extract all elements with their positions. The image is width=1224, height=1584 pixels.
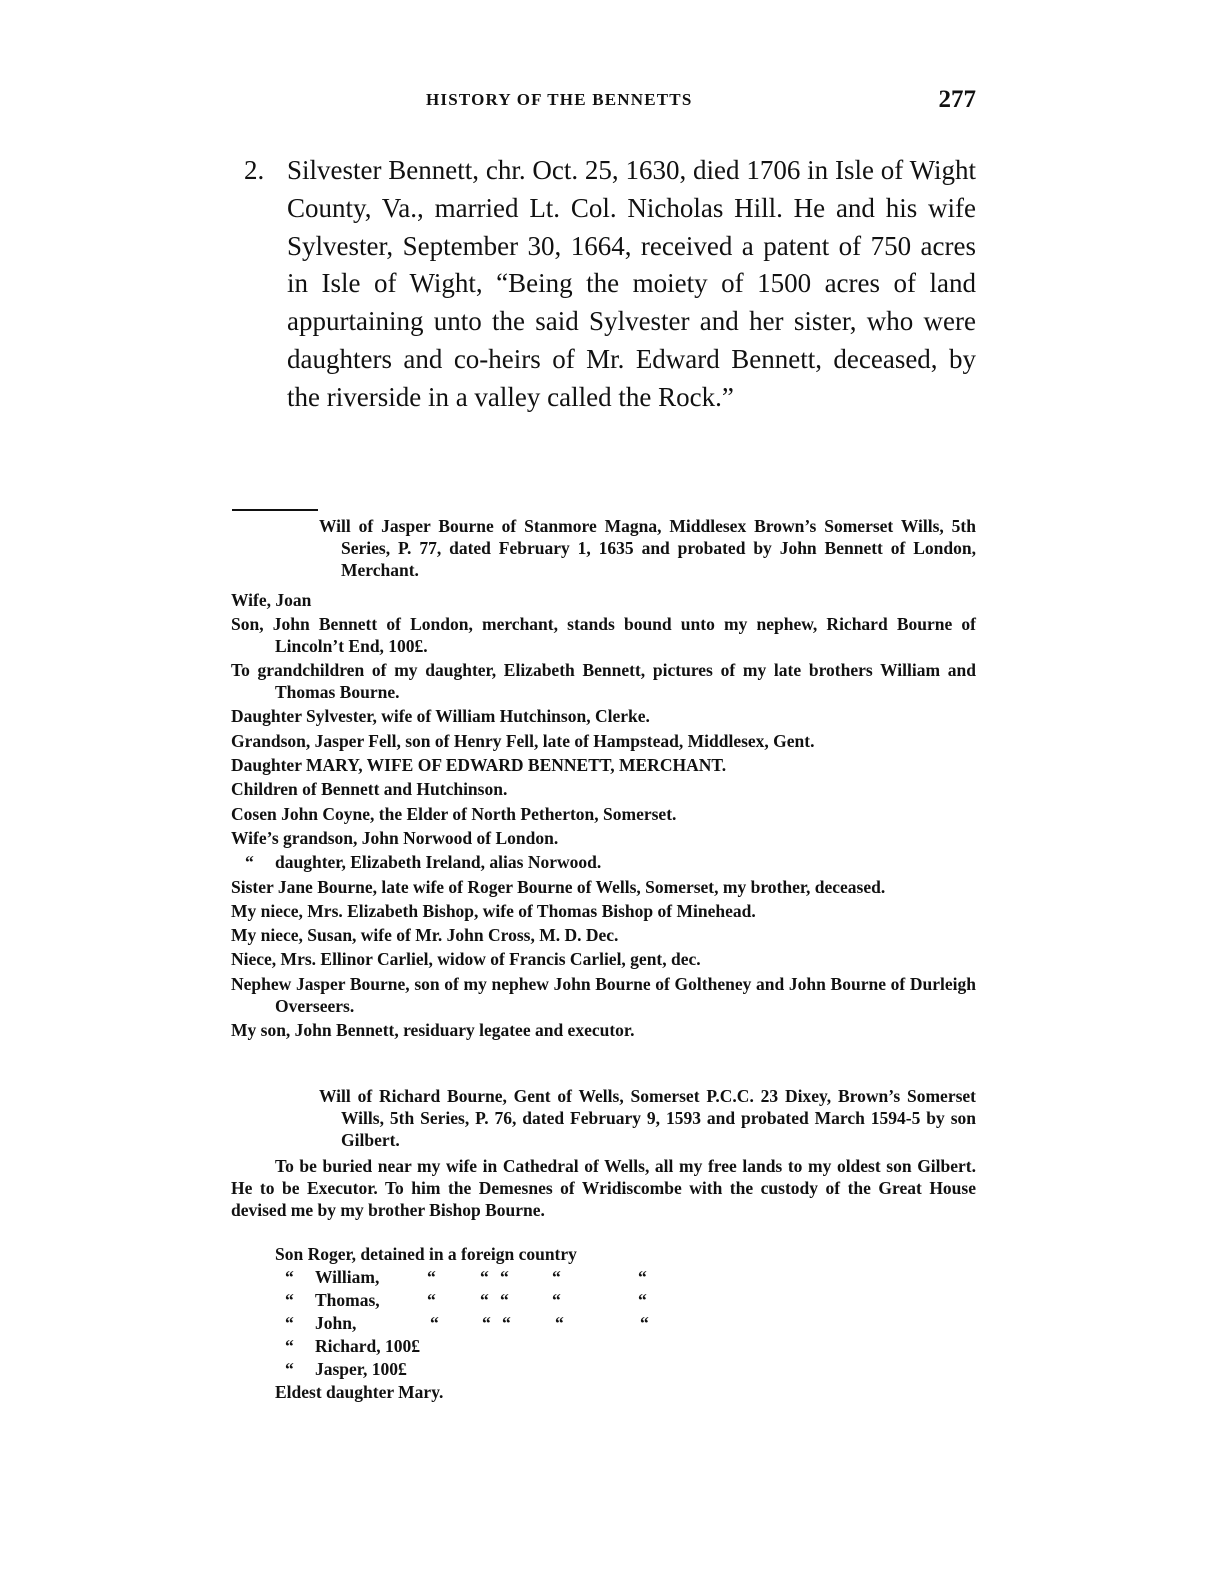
will-richard-source: Will of Richard Bourne, Gent of Wells, S…	[231, 1086, 976, 1151]
ditto-mark: “	[427, 1267, 436, 1289]
eldest-daughter-text: Eldest daughter Mary.	[275, 1382, 443, 1404]
document-page: HISTORY OF THE BENNETTS 277 2. Silvester…	[0, 0, 1224, 1584]
ditto-mark: “	[502, 1313, 511, 1335]
paragraph-number: 2.	[244, 152, 264, 190]
source-citation: Will of Jasper Bourne of Stanmore Magna,…	[231, 516, 976, 581]
running-header: HISTORY OF THE BENNETTS 277	[231, 88, 976, 118]
will-entry: My niece, Mrs. Elizabeth Bishop, wife of…	[231, 901, 976, 923]
ditto-mark: “	[480, 1267, 489, 1289]
will-jasper-entries: Wife, Joan Son, John Bennett of London, …	[231, 590, 976, 1044]
will-entry-ditto: “daughter, Elizabeth Ireland, alias Norw…	[231, 852, 976, 874]
ditto-mark: “	[430, 1313, 439, 1335]
sons-row-last: Eldest daughter Mary.	[275, 1382, 775, 1405]
ditto-mark: “	[500, 1290, 509, 1312]
ditto-mark: “	[285, 1336, 294, 1358]
son-name: John,	[315, 1313, 356, 1335]
will-entry: Nephew Jasper Bourne, son of my nephew J…	[231, 974, 976, 1018]
ditto-mark: “	[552, 1290, 561, 1312]
ditto-mark: “	[555, 1313, 564, 1335]
ditto-mark: “	[480, 1290, 489, 1312]
sons-list: Son Roger, detained in a foreign country…	[275, 1244, 775, 1405]
page-number: 277	[939, 86, 977, 114]
sons-row-first: Son Roger, detained in a foreign country	[275, 1244, 775, 1267]
ditto-mark: “	[285, 1359, 294, 1381]
son-bequest: Jasper, 100£	[315, 1359, 407, 1381]
sons-row: “ Thomas, “ “ “ “ “	[275, 1290, 775, 1313]
sons-row: “ John, “ “ “ “ “	[275, 1313, 775, 1336]
will-entry: My son, John Bennett, residuary legatee …	[231, 1020, 976, 1042]
will-entry: My niece, Susan, wife of Mr. John Cross,…	[231, 925, 976, 947]
ditto-mark: “	[285, 1290, 294, 1312]
source-citation: Will of Richard Bourne, Gent of Wells, S…	[231, 1086, 976, 1151]
will-entry-text: daughter, Elizabeth Ireland, alias Norwo…	[275, 852, 601, 872]
footnote-rule	[232, 509, 318, 511]
ditto-mark: “	[638, 1290, 647, 1312]
ditto-mark: “	[640, 1313, 649, 1335]
son-name: William,	[315, 1267, 379, 1289]
running-title: HISTORY OF THE BENNETTS	[426, 90, 693, 110]
ditto-mark: “	[638, 1267, 647, 1289]
son-bequest: Richard, 100£	[315, 1336, 420, 1358]
son-roger-text: Son Roger, detained in a foreign country	[275, 1244, 577, 1266]
prose-text: To be buried near my wife in Cathedral o…	[231, 1156, 976, 1221]
ditto-mark: “	[285, 1267, 294, 1289]
will-entry: Sister Jane Bourne, late wife of Roger B…	[231, 877, 976, 899]
will-entry: Niece, Mrs. Ellinor Carliel, widow of Fr…	[231, 949, 976, 971]
ditto-mark: “	[500, 1267, 509, 1289]
paragraph-text: Silvester Bennett, chr. Oct. 25, 1630, d…	[287, 152, 976, 417]
will-entry: Grandson, Jasper Fell, son of Henry Fell…	[231, 731, 976, 753]
ditto-mark: “	[427, 1290, 436, 1312]
ditto-mark: “	[285, 1313, 294, 1335]
will-entry: Daughter Sylvester, wife of William Hutc…	[231, 706, 976, 728]
sons-row: “ Richard, 100£	[275, 1336, 775, 1359]
will-entry: Wife, Joan	[231, 590, 976, 612]
will-entry: Cosen John Coyne, the Elder of North Pet…	[231, 804, 976, 826]
will-jasper-source: Will of Jasper Bourne of Stanmore Magna,…	[231, 516, 976, 581]
will-richard-prose: To be buried near my wife in Cathedral o…	[231, 1156, 976, 1221]
ditto-mark: “	[245, 852, 275, 874]
sons-row: “ Jasper, 100£	[275, 1359, 775, 1382]
will-entry: To grandchildren of my daughter, Elizabe…	[231, 660, 976, 704]
ditto-mark: “	[552, 1267, 561, 1289]
sons-row: “ William, “ “ “ “ “	[275, 1267, 775, 1290]
will-entry: Son, John Bennett of London, merchant, s…	[231, 614, 976, 658]
will-entry: Children of Bennett and Hutchinson.	[231, 779, 976, 801]
main-paragraph: 2. Silvester Bennett, chr. Oct. 25, 1630…	[244, 152, 976, 417]
will-entry: Wife’s grandson, John Norwood of London.	[231, 828, 976, 850]
son-name: Thomas,	[315, 1290, 380, 1312]
will-entry: Daughter MARY, WIFE OF EDWARD BENNETT, M…	[231, 755, 976, 777]
ditto-mark: “	[482, 1313, 491, 1335]
